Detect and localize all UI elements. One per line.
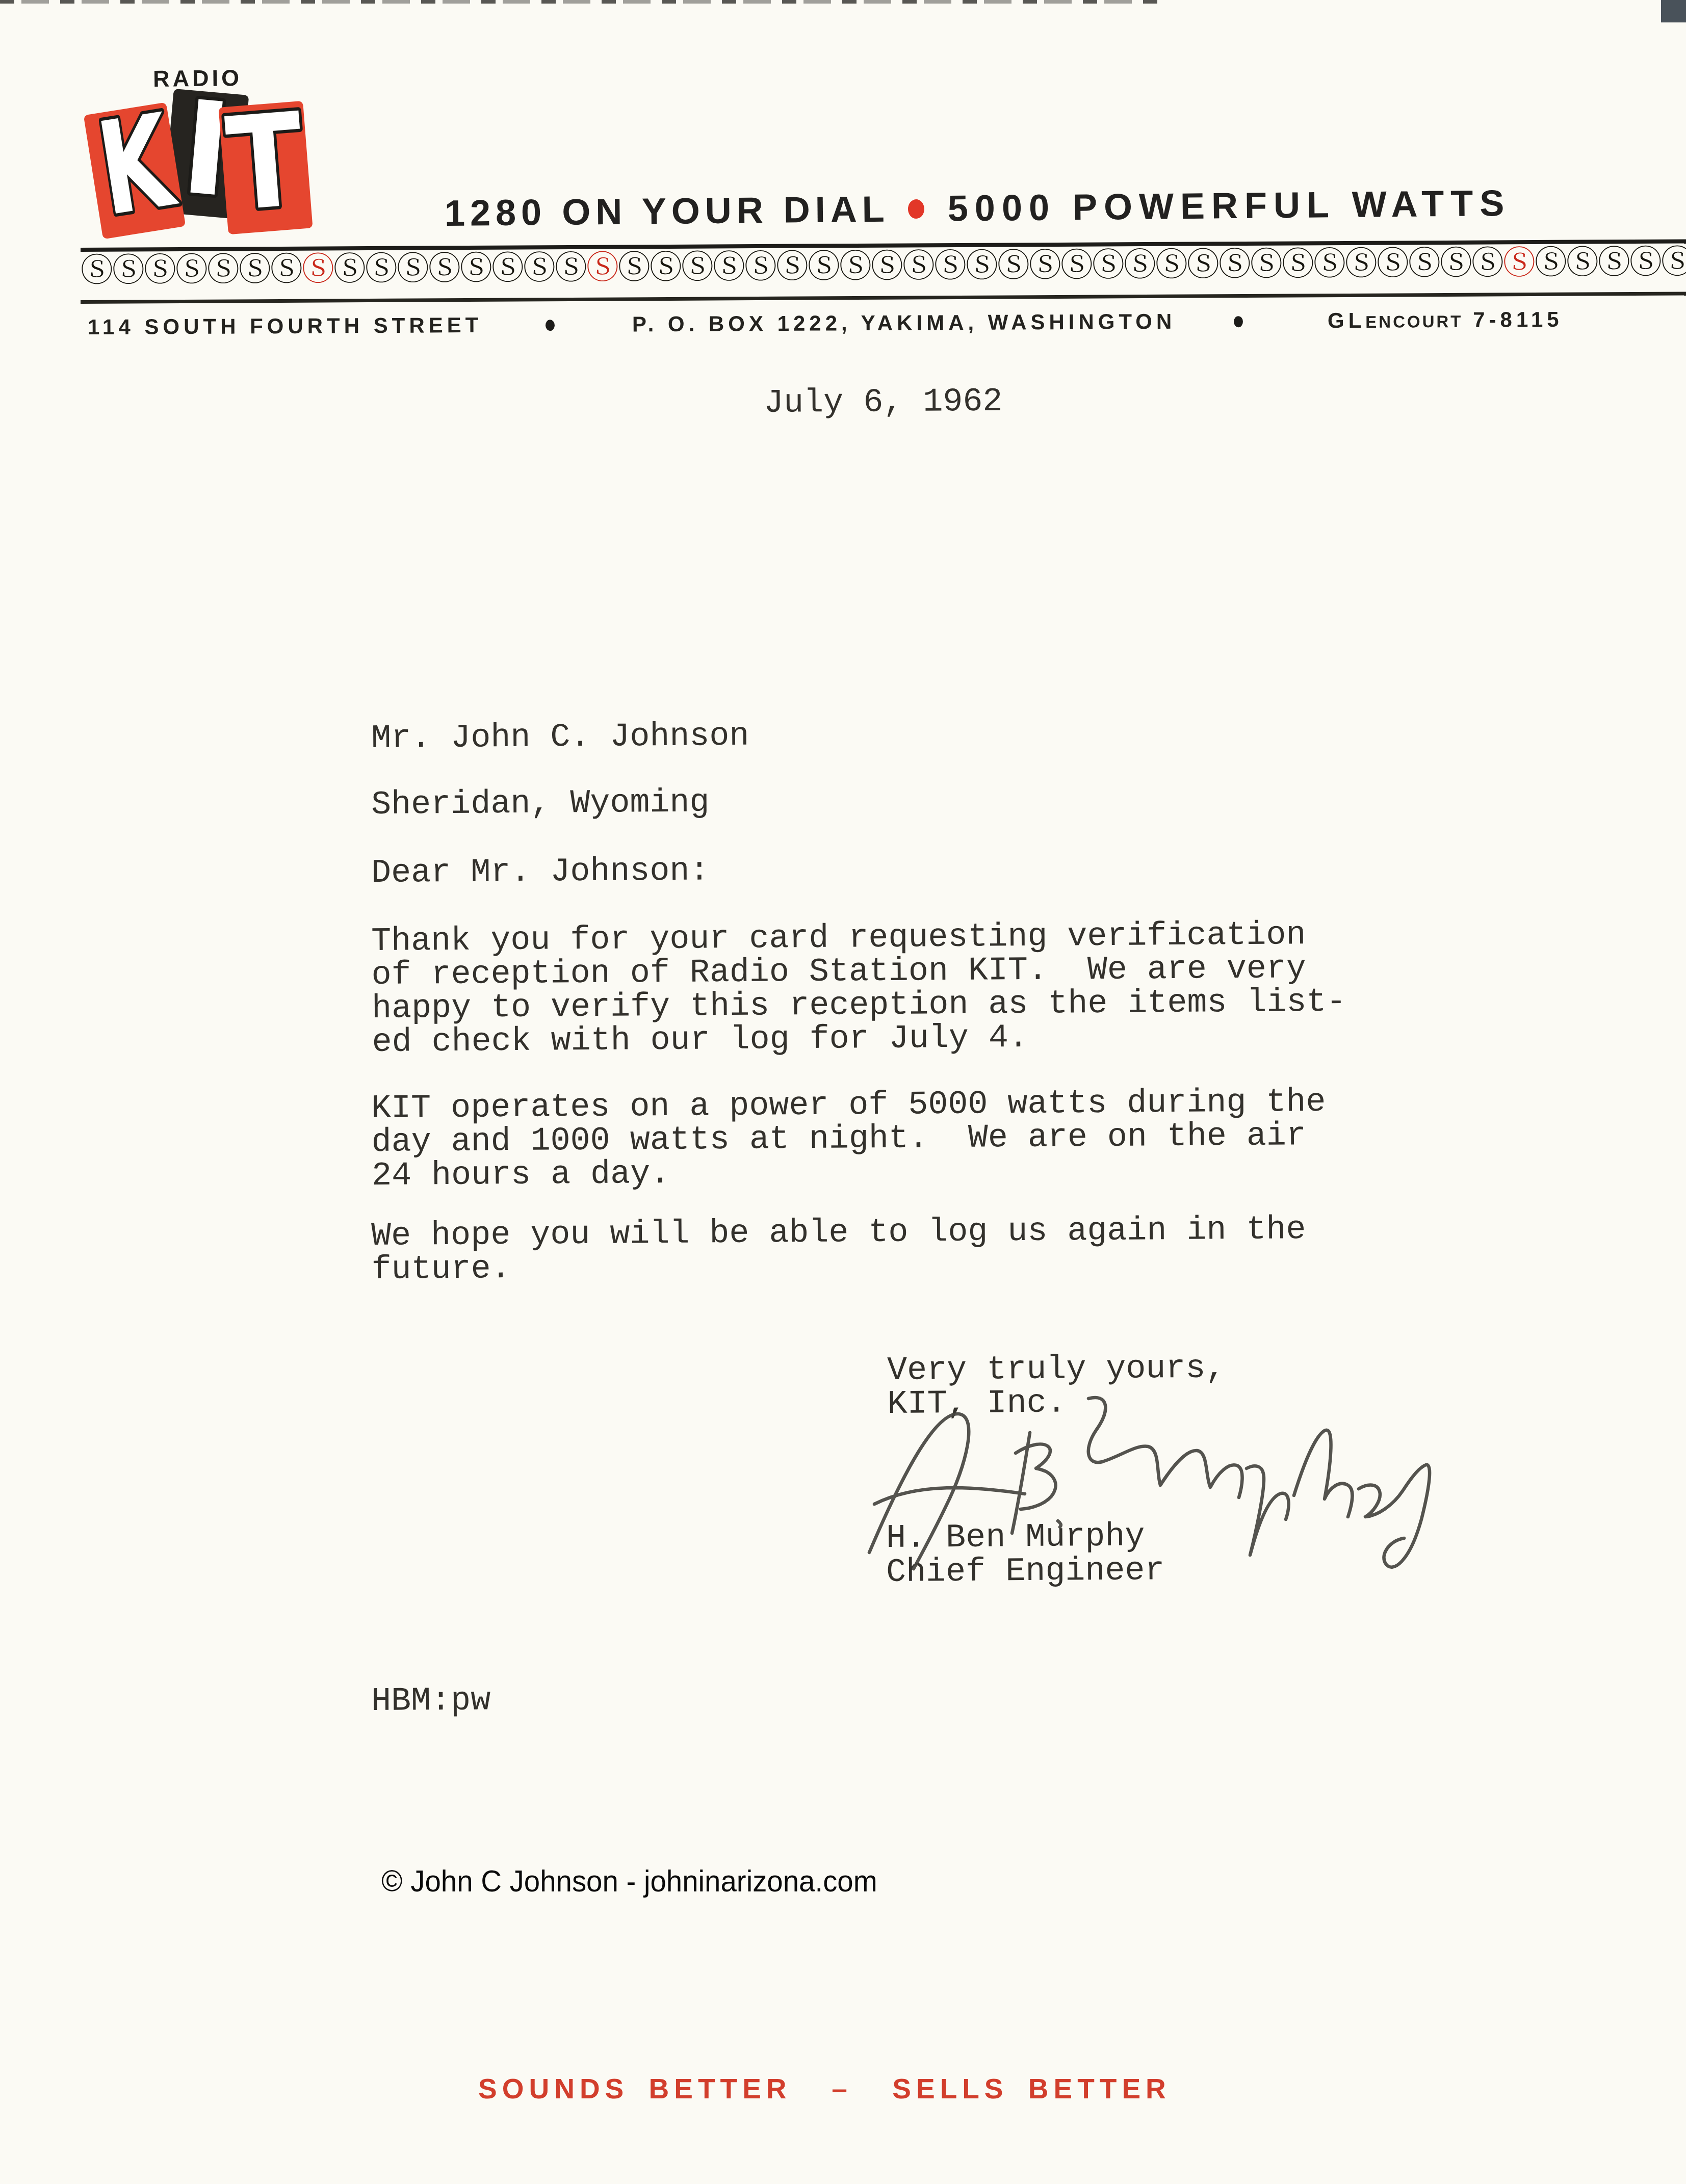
ornament-glyph: Ⓢ: [808, 248, 839, 285]
ornament-glyph: Ⓢ: [744, 248, 776, 286]
ornament-glyph: Ⓢ: [966, 247, 997, 285]
salutation: Dear Mr. Johnson:: [371, 854, 710, 890]
ornament-glyph: Ⓢ: [1598, 244, 1629, 281]
ornament-glyph: Ⓢ: [207, 251, 239, 288]
ornament-glyph: Ⓢ: [997, 247, 1029, 284]
footer-motto: SOUNDS BETTER – SELLS BETTER: [478, 2072, 1171, 2105]
po-box-address: P. O. BOX 1222, YAKIMA, WASHINGTON: [632, 309, 1176, 337]
ornament-glyph: Ⓢ: [491, 249, 523, 287]
ornament-glyph: Ⓢ: [428, 250, 460, 287]
ornament-glyph: Ⓢ: [1408, 245, 1440, 282]
frequency-text: 1280 ON YOUR DIAL: [445, 189, 890, 234]
scan-edge-artifact: [0, 0, 1162, 4]
ornament-glyph: Ⓢ: [555, 249, 586, 287]
ornament-glyph: Ⓢ: [1218, 246, 1250, 283]
ornament-glyph: Ⓢ: [1661, 244, 1686, 281]
ornament-glyph: Ⓢ: [397, 250, 428, 287]
phone-exchange-prefix: GL: [1328, 308, 1366, 332]
red-dot-separator-icon: [908, 199, 924, 219]
kit-letter-t: T: [222, 86, 309, 241]
letterhead-address-bar: 114 SOUTH FOURTH STREET P. O. BOX 1222, …: [88, 307, 1597, 346]
power-text: 5000 POWERFUL WATTS: [947, 182, 1511, 230]
ornament-glyph: Ⓢ: [1250, 246, 1282, 283]
letter-date: July 6, 1962: [764, 385, 1003, 420]
ornament-glyph: Ⓢ: [1566, 244, 1598, 281]
ornament-glyph: Ⓢ: [1471, 244, 1503, 282]
station-tagline: 1280 ON YOUR DIAL 5000 POWERFUL WATTS: [445, 182, 1511, 234]
ornament-glyph: Ⓢ: [112, 251, 144, 289]
body-paragraph-3: We hope you will be able to log us again…: [371, 1213, 1306, 1286]
ornament-glyph: Ⓢ: [681, 249, 713, 286]
ornament-glyph: Ⓢ: [934, 247, 966, 285]
street-address: 114 SOUTH FOURTH STREET: [88, 313, 483, 339]
ornament-glyph: Ⓢ: [650, 249, 681, 286]
ornament-glyph: Ⓢ: [586, 249, 618, 286]
ornament-glyph: Ⓢ: [1535, 244, 1566, 282]
ornament-glyph: Ⓢ: [1060, 247, 1092, 284]
scanned-letter-page: RADIO K I T 1280 ON YOUR DIAL 5000 POWER…: [0, 0, 1686, 2184]
ornament-glyph: Ⓢ: [1282, 245, 1313, 283]
ornament-glyph: Ⓢ: [81, 252, 112, 290]
bottom-rule: [81, 292, 1686, 304]
body-paragraph-1: Thank you for your card requesting verif…: [371, 918, 1346, 1059]
ornament-glyph: Ⓢ: [1377, 245, 1408, 282]
ornament-glyph: Ⓢ: [1092, 246, 1124, 284]
ornament-glyph: Ⓢ: [365, 250, 397, 288]
ornament-glyph: Ⓢ: [871, 248, 902, 285]
typist-reference: HBM:pw: [371, 1683, 491, 1718]
phone-digits: 7-8115: [1463, 307, 1563, 332]
scan-corner-artifact: [1661, 0, 1686, 22]
body-paragraph-2: KIT operates on a power of 5000 watts du…: [371, 1085, 1327, 1193]
ornament-glyph: Ⓢ: [1503, 244, 1535, 282]
kit-logo-block-t: T: [218, 101, 313, 234]
bullet-separator-icon: [546, 320, 555, 331]
ornament-glyph: Ⓢ: [144, 251, 175, 289]
recipient-city: Sheridan, Wyoming: [371, 785, 710, 822]
ornament-glyph: Ⓢ: [713, 248, 744, 286]
ornament-glyph: Ⓢ: [1187, 246, 1218, 283]
ornament-glyph: Ⓢ: [839, 248, 871, 285]
ornament-glyph: Ⓢ: [1440, 245, 1471, 282]
handwritten-signature: [857, 1389, 1443, 1588]
ornament-band: ⓈⓈⓈⓈⓈⓈⓈⓈⓈⓈⓈⓈⓈⓈⓈⓈⓈⓈⓈⓈⓈⓈⓈⓈⓈⓈⓈⓈⓈⓈⓈⓈⓈⓈⓈⓈⓈⓈⓈⓈ…: [81, 244, 1686, 290]
phone-number: GLENCOURT 7-8115: [1328, 307, 1563, 333]
ornament-glyph: Ⓢ: [460, 250, 491, 287]
ornament-glyph: Ⓢ: [618, 249, 650, 286]
ornament-glyph: Ⓢ: [270, 251, 302, 288]
recipient-name: Mr. John C. Johnson: [371, 719, 749, 755]
kit-letter-k: K: [89, 86, 185, 245]
ornament-glyph: Ⓢ: [902, 247, 934, 285]
ornament-glyph: Ⓢ: [1313, 245, 1345, 283]
phone-exchange-smallcaps: ENCOURT: [1365, 312, 1463, 331]
ornament-glyph: Ⓢ: [302, 250, 333, 288]
ornament-glyph: Ⓢ: [776, 248, 808, 286]
ornament-glyph: Ⓢ: [523, 249, 555, 287]
copyright-watermark: © John C Johnson - johninarizona.com: [381, 1863, 877, 1899]
ornament-glyph: Ⓢ: [1345, 245, 1377, 283]
ornament-glyph: Ⓢ: [333, 250, 365, 288]
ornament-glyph: Ⓢ: [1629, 244, 1661, 281]
bullet-separator-icon: [1234, 316, 1243, 327]
ornament-glyph: Ⓢ: [1124, 246, 1155, 284]
ornament-glyph: Ⓢ: [1155, 246, 1187, 284]
ornament-glyph: Ⓢ: [175, 251, 207, 289]
ornament-glyph: Ⓢ: [1029, 247, 1060, 284]
ornament-glyph: Ⓢ: [239, 251, 270, 288]
